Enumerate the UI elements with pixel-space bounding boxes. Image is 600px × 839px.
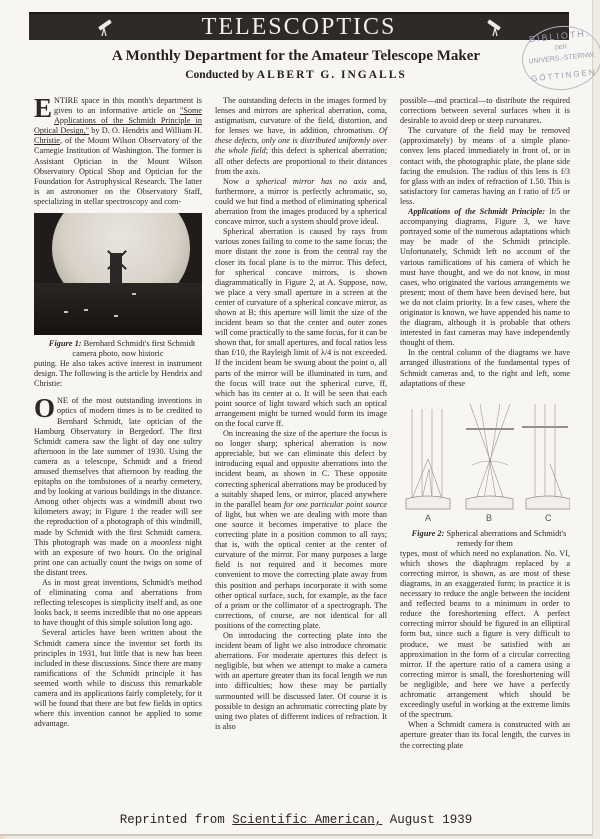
italic-text: for one particular point source [284,500,387,509]
text: by D. O. Hendrix and William H. [89,126,202,135]
column-2: The outstanding defects in the images fo… [215,96,387,732]
department-subtitle: A Monthly Department for the Amateur Tel… [0,48,592,65]
byline: Conducted by ALBERT G. INGALLS [0,69,592,81]
drop-cap: O [34,397,55,419]
diagram-label-a: A [425,513,431,523]
paragraph: Now a spherical mirror has no axis and, … [215,177,387,227]
text: The outstanding defects in the images fo… [215,96,387,135]
figure-label: Figure 1: [49,339,82,348]
intro-paragraph: ENTIRE space in this month's department … [34,96,202,207]
paragraph: Spherical aberration is caused by rays f… [215,227,387,429]
paragraph: types, most of which need no explanation… [400,549,570,721]
figure-2-diagram: A B C [400,399,570,527]
figure-2-caption: Figure 2: Spherical aberrations and Schm… [400,529,570,549]
light-spot [84,309,88,311]
light-spot [132,293,136,295]
text: , of the Mount Wilson Observatory of the… [34,136,202,206]
paragraph: On increasing the size of the aperture t… [215,429,387,631]
masthead-title: TELESCOPTICS [202,14,397,41]
footer-source: Scientific American, [232,813,382,827]
author-name-link: Christie [34,136,60,145]
paragraph: The outstanding defects in the images fo… [215,96,387,177]
telescope-icon [483,17,505,39]
paragraph: puting. He also takes active interest in… [34,359,202,389]
light-spot [64,311,68,313]
italic-text: moonless [151,538,181,547]
figure-label: Figure 2: [412,529,445,538]
paragraph: ONE of the most outstanding inventions i… [34,396,202,578]
paragraph: On introducing the correcting plate into… [215,631,387,732]
diagram-label-b: B [486,513,492,523]
paragraph: The curvature of the field may be remove… [400,126,570,207]
paragraph: Applications of the Schmidt Principle: I… [400,207,570,348]
text: In the accompanying diagrams, Figure 3, … [400,207,570,347]
document-page: TELESCOPTICS A Monthly Department for th… [0,0,593,836]
italic-text: a spherical mirror has no axis [245,177,366,186]
footer-prefix: Reprinted from [120,813,233,827]
text: Now [223,177,245,186]
byline-prefix: Conducted by [185,69,254,81]
column-3: possible—and practical—to distribute the… [400,96,570,751]
aberration-diagram-icon [400,399,570,527]
section-heading: Applications of the Schmidt Principle: [408,207,545,216]
figure-1-photo [34,213,202,335]
paragraph: possible—and practical—to distribute the… [400,96,570,126]
paragraph: In the central column of the diagrams we… [400,348,570,388]
footer-date: August 1939 [382,813,472,827]
diagram-label-c: C [545,513,552,523]
ground-silhouette [34,283,202,335]
paragraph: When a Schmidt camera is constructed wit… [400,720,570,750]
paragraph: Several articles have been written about… [34,628,202,729]
text: NE of the most outstanding inventions in… [34,396,202,546]
drop-cap: E [34,97,52,119]
telescope-icon [94,17,116,39]
figure-1-caption: Figure 1: Bernhard Schmidt's first Schmi… [34,339,202,359]
light-spot [114,315,118,317]
stamp-line: GÖTTINGEN [525,67,600,84]
byline-author: ALBERT G. INGALLS [257,69,407,81]
caption-text: Bernhard Schmidt's first Schmidt camera … [72,339,195,358]
masthead-banner: TELESCOPTICS [29,12,569,40]
reprint-footer: Reprinted from Scientific American, Augu… [0,813,592,827]
column-1: ENTIRE space in this month's department … [34,96,202,729]
text: On increasing the size of the aperture t… [215,429,387,509]
paragraph: As in most great inventions, Schmidt's m… [34,578,202,628]
caption-text: Spherical aberrations and Schmidt's reme… [444,529,566,548]
text: of light, but when we are dealing with m… [215,510,387,630]
